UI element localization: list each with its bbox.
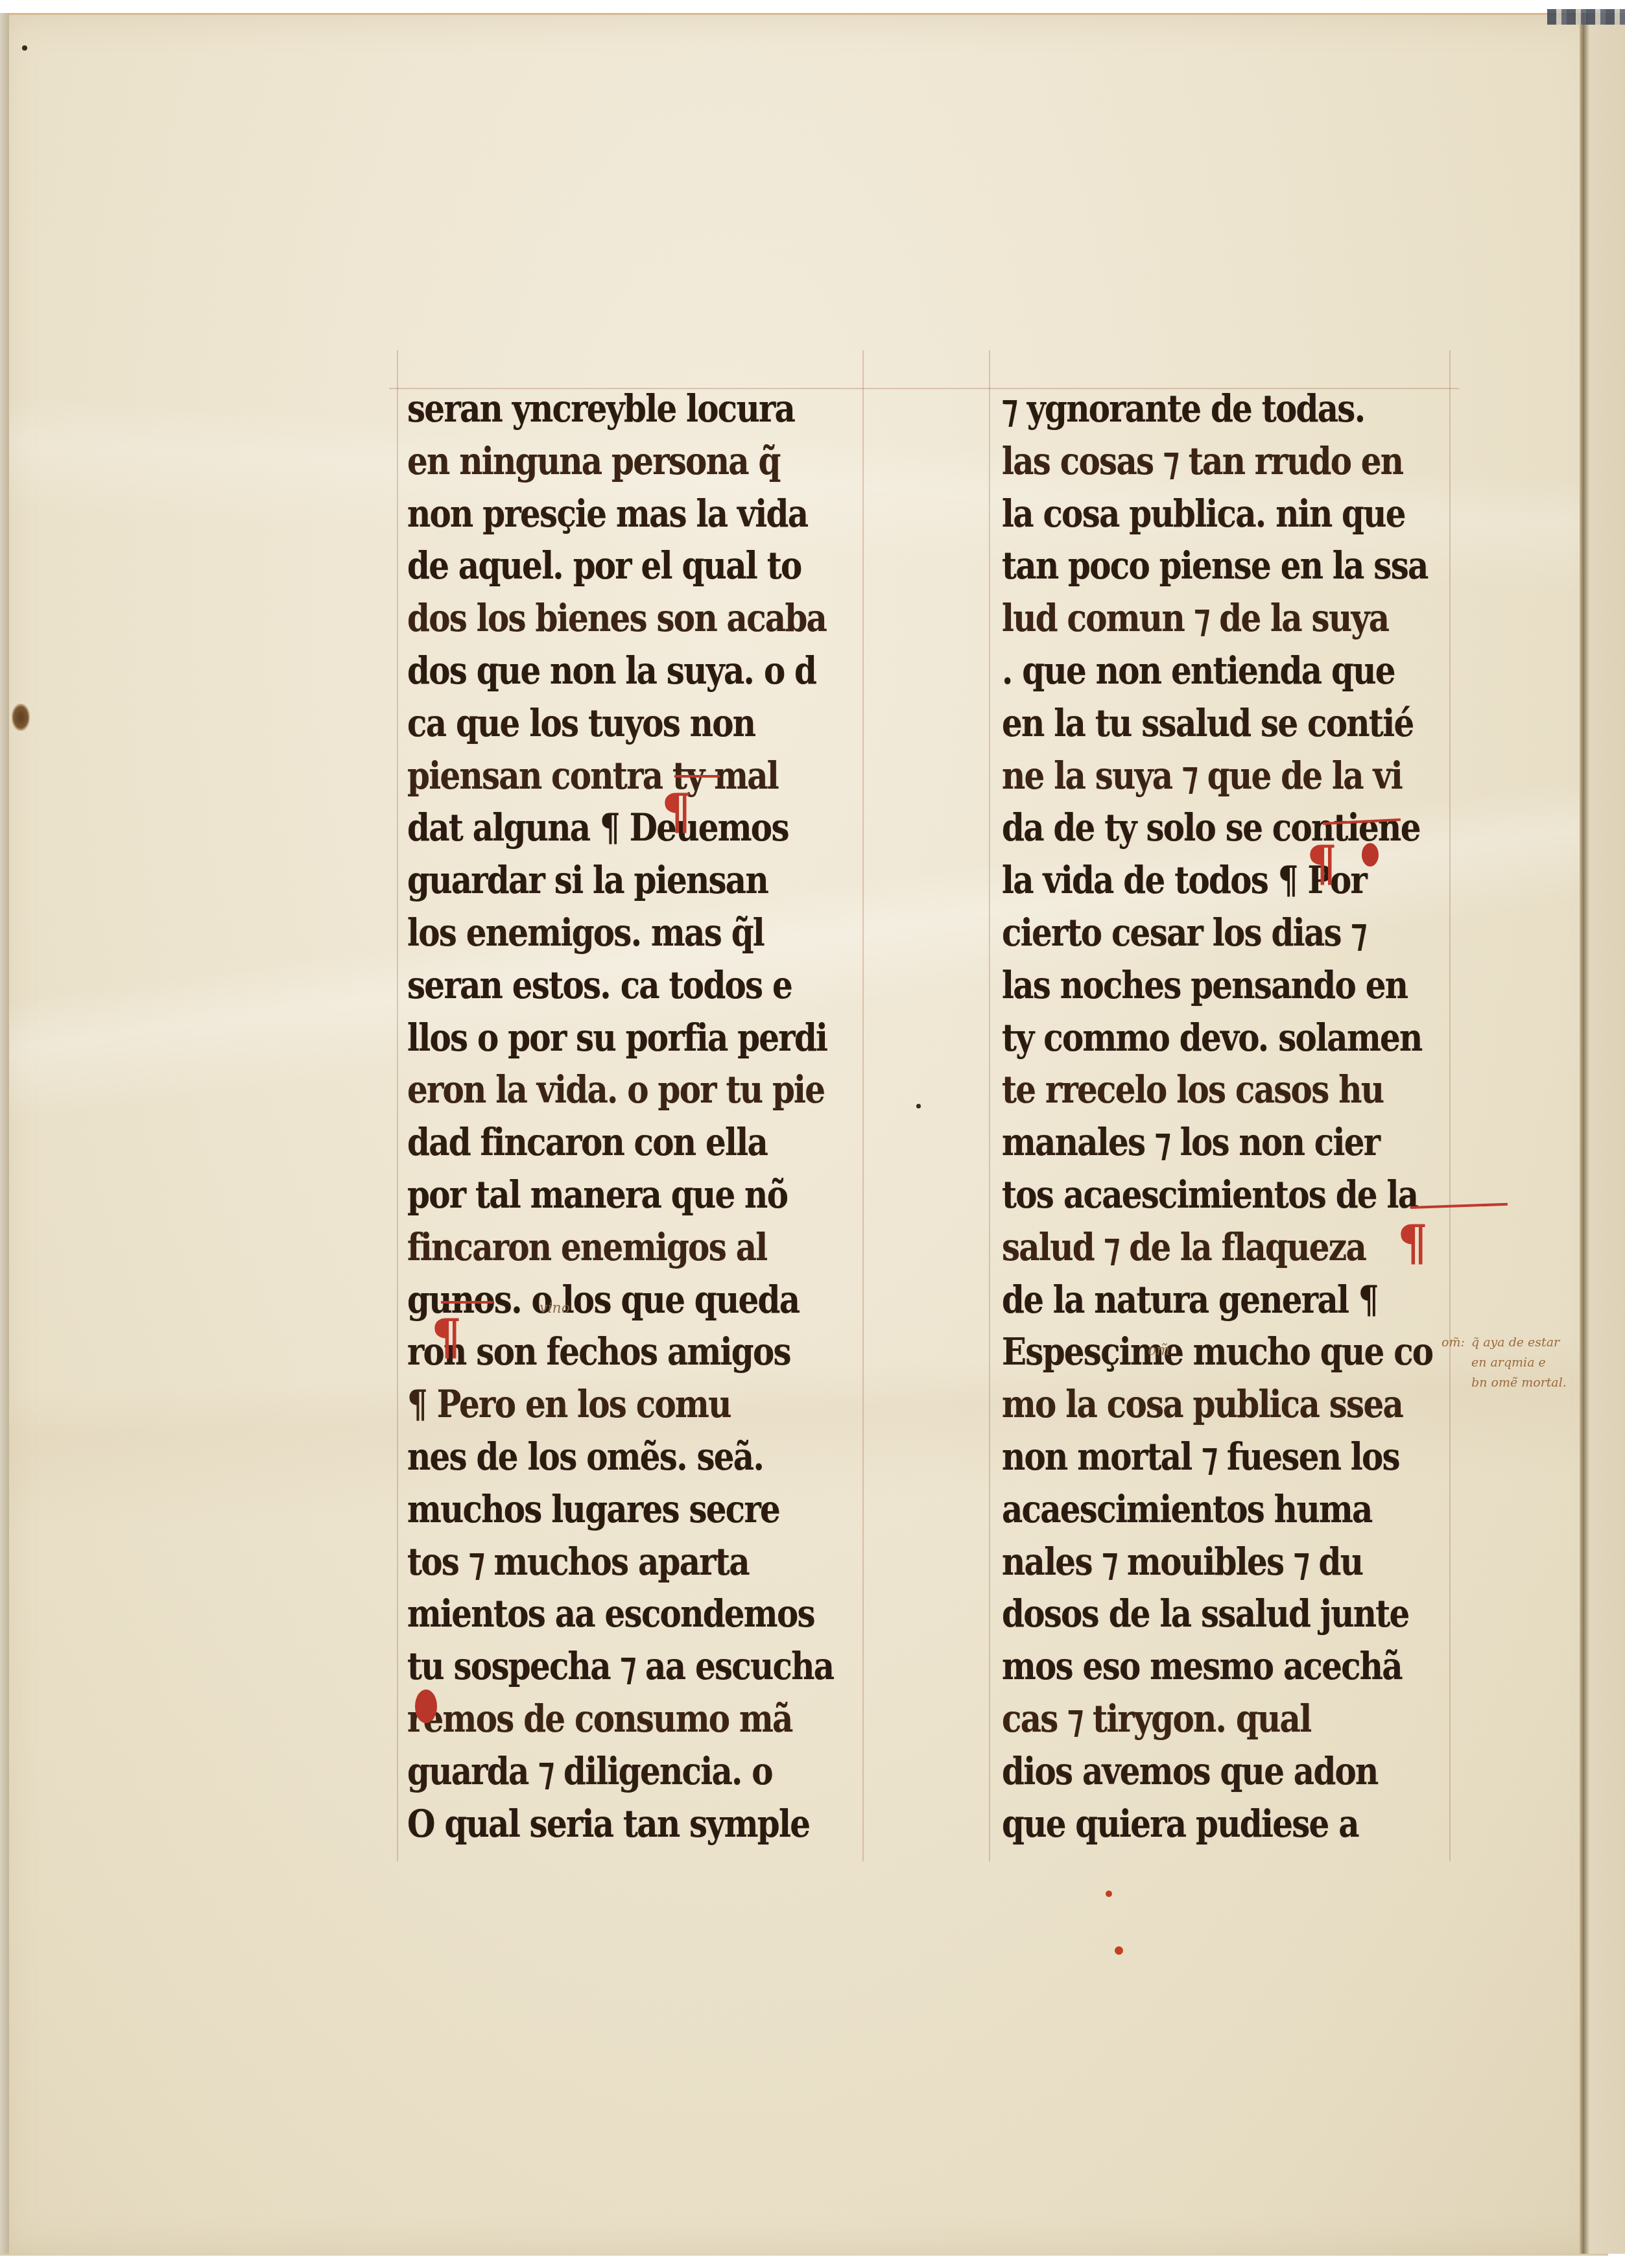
ink-speck [22, 45, 27, 51]
ruling-left-outer [397, 350, 398, 1861]
rubric-flourish [441, 1301, 493, 1304]
text-line: non presçie mas la vida [407, 488, 820, 540]
paragraph-mark-icon: ¶ [431, 1313, 462, 1361]
fore-edge [1580, 13, 1625, 2254]
text-line: mientos aa escondemos [407, 1588, 820, 1640]
pigment-speck [1115, 1946, 1123, 1955]
text-line: ty commo devo. solamen [1002, 1012, 1414, 1064]
text-line: tos acaescimientos de la [1002, 1169, 1414, 1221]
pigment-speck [1106, 1891, 1112, 1897]
text-line: los enemigos. mas q̃l [407, 907, 820, 959]
paragraph-mark-icon: ¶ [1397, 1219, 1428, 1267]
binding-gutter [0, 13, 9, 2254]
text-line: acaescimientos huma [1002, 1483, 1414, 1536]
text-line: te rrecelo los casos hu [1002, 1064, 1414, 1116]
text-line: nales ⁊ mouibles ⁊ du [1002, 1536, 1414, 1588]
paragraph-mark-icon: ¶ [661, 788, 692, 836]
marginal-note-line: en arqmia e [1443, 1353, 1592, 1373]
red-initial-p-fill [1362, 843, 1379, 866]
text-line: ⁊ ygnorante de todas. [1002, 383, 1414, 435]
text-line: fincaron enemigos al [407, 1221, 820, 1274]
text-line: piensan contra ty mal [407, 750, 820, 802]
red-initial-o [415, 1689, 437, 1723]
text-line: ne la suya ⁊ que de la vi [1002, 750, 1414, 802]
text-line: dios avemos que adon [1002, 1745, 1414, 1798]
text-line: guarda ⁊ diligencia. o [407, 1745, 820, 1798]
text-line: ron son fechos amigos [407, 1326, 820, 1378]
text-column-right: ⁊ ygnorante de todas. las cosas ⁊ tan rr… [1002, 383, 1482, 1850]
text-line: llos o por su porfia perdi [407, 1012, 820, 1064]
text-line: nes de los omẽs. seã. [407, 1431, 820, 1483]
interlinear-gloss: vino [540, 1300, 570, 1317]
text-line: da de ty solo se contiene [1002, 802, 1414, 854]
marginal-note-line: q̃ aya de estar [1443, 1333, 1592, 1353]
text-line: tos ⁊ muchos aparta [407, 1536, 820, 1588]
text-line: remos de consumo mã [407, 1693, 820, 1745]
text-line: O qual seria tan symple [407, 1798, 820, 1850]
text-line: cas ⁊ tirygon. qual [1002, 1693, 1414, 1745]
paragraph-mark-icon: ¶ [1307, 840, 1337, 888]
text-line: de la natura general ¶ [1002, 1274, 1414, 1326]
text-line: mo la cosa publica ssea [1002, 1378, 1414, 1431]
text-line: non mortal ⁊ fuesen los [1002, 1431, 1414, 1483]
text-line: en ninguna persona q̃ [407, 435, 820, 488]
text-line: gunos. o los que queda [407, 1274, 820, 1326]
marginal-note-mark: om̃: [1441, 1333, 1465, 1353]
text-line: dat alguna ¶ Deuemos [407, 802, 820, 854]
text-line: seran yncreyble locura [407, 383, 820, 435]
text-line: muchos lugares secre [407, 1483, 820, 1536]
text-line: en la tu ssalud se contié [1002, 697, 1414, 750]
text-line: la cosa publica. nin que [1002, 488, 1414, 540]
binding-tab [1547, 9, 1625, 25]
text-line: mos eso mesmo acechã [1002, 1640, 1414, 1693]
text-line: lud comun ⁊ de la suya [1002, 592, 1414, 645]
text-line: cierto cesar los dias ⁊ [1002, 907, 1414, 959]
text-line: salud ⁊ de la flaqueza [1002, 1221, 1414, 1274]
text-line: Espesçime mucho que co [1002, 1326, 1414, 1378]
text-line: seran estos. ca todos e [407, 959, 820, 1012]
ruling-right-outer [989, 350, 990, 1861]
text-line: . que non entienda que [1002, 645, 1414, 697]
marginal-note-line: bn omẽ mortal. [1443, 1373, 1592, 1393]
text-line: ¶ Pero en los comu [407, 1378, 820, 1431]
rubric-flourish [674, 775, 720, 778]
stain-mark [12, 704, 30, 731]
text-line: eron la vida. o por tu pie [407, 1064, 820, 1116]
text-line: dos que non la suya. o d [407, 645, 820, 697]
text-line: las noches pensando en [1002, 959, 1414, 1012]
text-line: manales ⁊ los non cier [1002, 1116, 1414, 1169]
text-column-left: seran yncreyble locura en ninguna person… [407, 383, 887, 1850]
text-line: dad fincaron con ella [407, 1116, 820, 1169]
marginal-annotation: om̃: q̃ aya de estar en arqmia e bn omẽ … [1443, 1333, 1592, 1393]
text-line: la vida de todos ¶ Por [1002, 854, 1414, 907]
text-line: ca que los tuyos non [407, 697, 820, 750]
text-line: dosos de la ssalud junte [1002, 1588, 1414, 1640]
text-line: por tal manera que nõ [407, 1169, 820, 1221]
text-line: que quiera pudiese a [1002, 1798, 1414, 1850]
text-line: tu sospecha ⁊ aa escucha [407, 1640, 820, 1693]
text-line: dos los bienes son acaba [407, 592, 820, 645]
text-line: tan poco piense en la ssa [1002, 540, 1414, 592]
text-line: las cosas ⁊ tan rrudo en [1002, 435, 1414, 488]
text-line: de aquel. por el qual to [407, 540, 820, 592]
text-line: guardar si la piensan [407, 854, 820, 907]
interlinear-gloss: om̃ [1148, 1343, 1170, 1359]
ink-speck [916, 1104, 921, 1108]
